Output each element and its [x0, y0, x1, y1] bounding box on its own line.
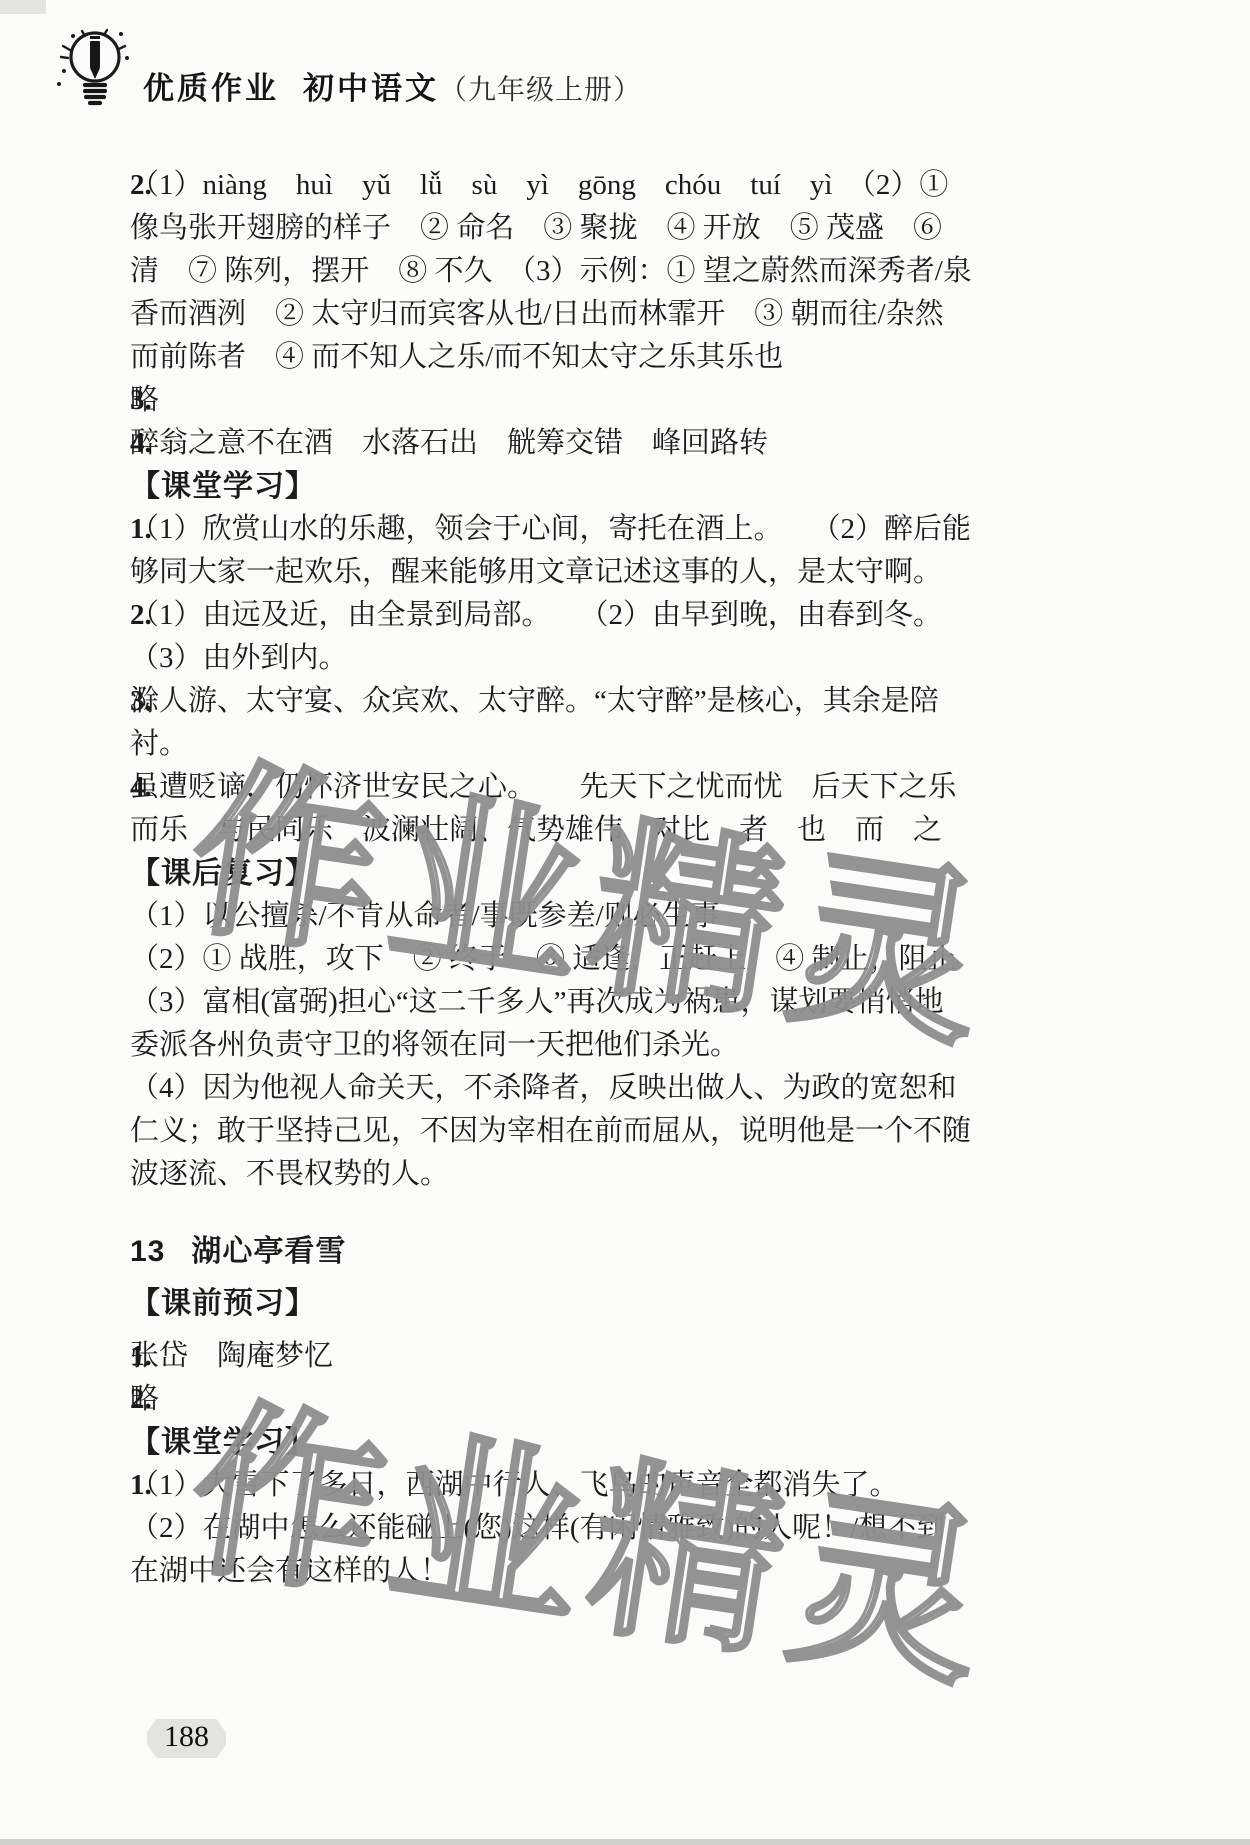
section-header-classroom-study: 【课堂学习】 [130, 465, 972, 508]
answer-sub-item: （3）富相(富弼)担心“这二千多人”再次成为祸患，谋划要悄悄地委派各州负责守卫的… [130, 981, 972, 1067]
answer-item: 1. （1）欣赏山水的乐趣，领会于心间，寄托在酒上。 （2）醉后能够同大家一起欢… [130, 508, 972, 594]
answer-item: 1. （1）大雪下了多日，西湖中行人、飞鸟的声音全都消失了。 （2）在湖中怎么还… [130, 1464, 972, 1593]
item-number: 1. [130, 1464, 152, 1507]
answer-sub-item: （1）以公擅杀/不肯从命者/事既参差/则必生事 [130, 895, 972, 938]
subject-title: 初中语文 [303, 71, 439, 106]
page-number-badge: 188 [147, 1719, 226, 1758]
item-text: （1）欣赏山水的乐趣，领会于心间，寄托在酒上。 （2）醉后能够同大家一起欢乐，醒… [130, 513, 971, 588]
answer-item: 2. 略 [130, 1378, 972, 1421]
answer-item: 3. 滁人游、太守宴、众宾欢、太守醉。“太守醉”是核心，其余是陪衬。 [130, 680, 972, 766]
item-text: 醉翁之意不在酒 水落石出 觥筹交错 峰回路转 [130, 427, 768, 459]
answer-item: 4. 虽遭贬谪，仍怀济世安民之心。 先天下之忧而忧 后天下之乐而乐 与民同乐 波… [130, 766, 972, 852]
section-header-pre-class-preview: 【课前预习】 [130, 1282, 972, 1325]
item-number: 4. [130, 766, 152, 809]
section-header-classroom-study-2: 【课堂学习】 [130, 1421, 972, 1464]
volume-label: （九年级上册） [439, 75, 642, 106]
lesson-name: 湖心亭看雪 [191, 1235, 346, 1268]
item-text: （1）niàng huì yǔ lǚ sù yì gōng chóu tuí y… [130, 169, 972, 373]
header-title: 优质作业初中语文（九年级上册） [143, 63, 642, 116]
scan-edge-line [0, 1839, 1250, 1845]
answer-content: 2. （1）niàng huì yǔ lǚ sù yì gōng chóu tu… [130, 164, 972, 1593]
answer-sub-item: （4）因为他视人命关天，不杀降者，反映出做人、为政的宽恕和仁义；敢于坚持己见，不… [130, 1067, 972, 1196]
lightbulb-pencil-icon [55, 24, 131, 116]
item-number: 3. [130, 680, 152, 723]
lesson-title: 13湖心亭看雪 [130, 1230, 972, 1273]
answer-item: 2. （1）由远及近，由全景到局部。 （2）由早到晚，由春到冬。 （3）由外到内… [130, 594, 972, 680]
answer-item: 4. 醉翁之意不在酒 水落石出 觥筹交错 峰回路转 [130, 422, 972, 465]
series-title: 优质作业 [143, 71, 279, 106]
item-number: 2. [130, 594, 152, 637]
item-text: 滁人游、太守宴、众宾欢、太守醉。“太守醉”是核心，其余是陪衬。 [130, 685, 939, 760]
scan-corner-smudge [0, 0, 46, 14]
item-number: 1. [130, 1335, 152, 1378]
workbook-page: 优质作业初中语文（九年级上册） 2. （1）niàng huì yǔ lǚ sù… [0, 0, 1250, 1845]
answer-item: 3. 略 [130, 379, 972, 422]
item-number: 2. [130, 1378, 152, 1421]
item-text: （1）大雪下了多日，西湖中行人、飞鸟的声音全都消失了。 （2）在湖中怎么还能碰上… [130, 1469, 945, 1587]
item-text: （1）由远及近，由全景到局部。 （2）由早到晚，由春到冬。 （3）由外到内。 [130, 599, 986, 674]
item-text: 张岱 陶庵梦忆 [130, 1340, 333, 1372]
item-number: 1. [130, 508, 152, 551]
page-header: 优质作业初中语文（九年级上册） [55, 24, 642, 116]
item-number: 2. [130, 164, 152, 207]
lesson-number: 13 [130, 1235, 165, 1268]
answer-item: 2. （1）niàng huì yǔ lǚ sù yì gōng chóu tu… [130, 164, 972, 379]
answer-sub-item: （2）① 战胜，攻下 ② 终于 ③ 适逢，正赶上 ④ 制止，阻止 [130, 938, 972, 981]
item-number: 4. [130, 422, 152, 465]
item-text: 虽遭贬谪，仍怀济世安民之心。 先天下之忧而忧 后天下之乐而乐 与民同乐 波澜壮阔… [130, 771, 957, 846]
section-header-after-class-review: 【课后复习】 [130, 852, 972, 895]
item-number: 3. [130, 379, 152, 422]
answer-item: 1. 张岱 陶庵梦忆 [130, 1335, 972, 1378]
